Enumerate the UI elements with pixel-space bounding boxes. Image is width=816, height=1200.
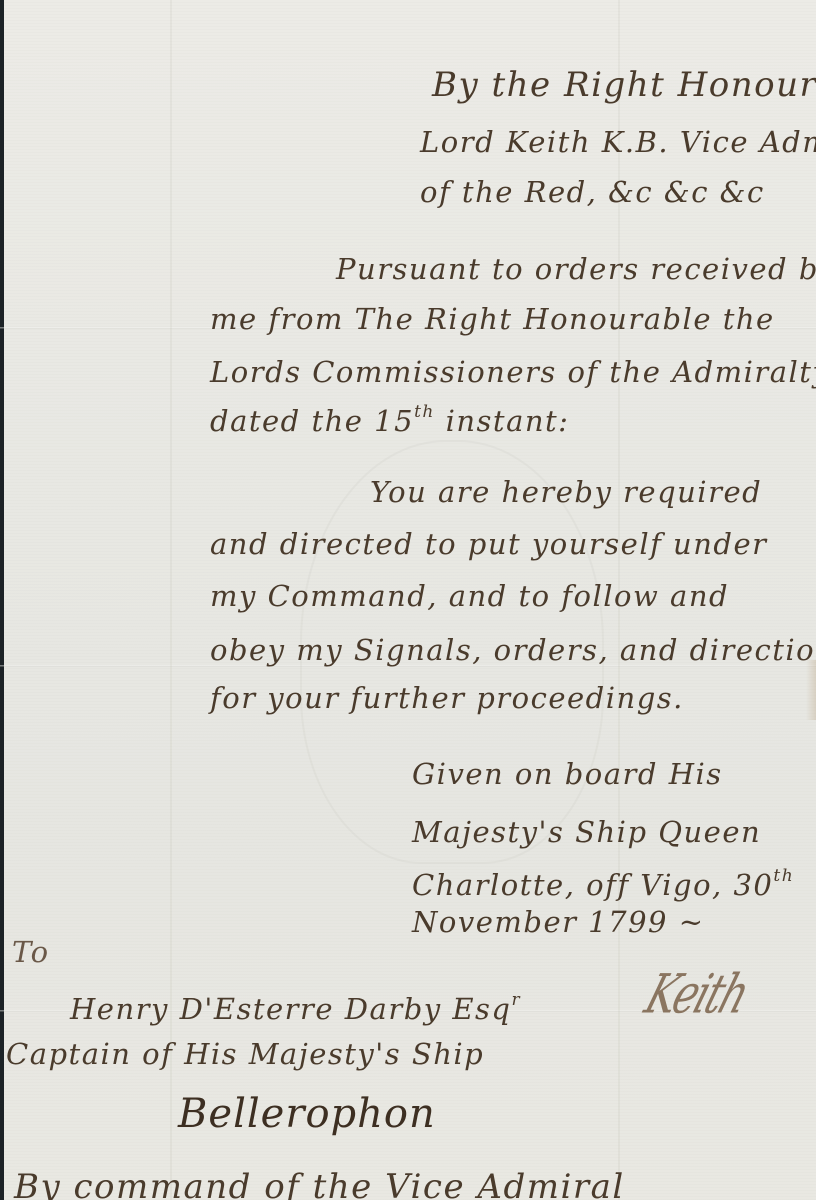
paragraph2-line-4: obey my Signals, orders, and directions xyxy=(210,636,816,665)
signature-keith: Keith xyxy=(638,964,755,1026)
footer-line-1: By command of the Vice Admiral xyxy=(14,1170,625,1200)
heading-line-2: Lord Keith K.B. Vice Admiral xyxy=(420,128,816,157)
paragraph1-line-4: dated the 15th instant: xyxy=(210,404,569,436)
given-line-1: Given on board His xyxy=(412,760,723,789)
paragraph2-line-3: my Command, and to follow and xyxy=(210,582,729,611)
paragraph2-line-1: You are hereby required xyxy=(370,478,762,507)
esquire-suffix: r xyxy=(511,990,521,1010)
address-name: Henry D'Esterre Darby Esqr xyxy=(70,992,521,1024)
heading-line-3: of the Red, &c &c &c xyxy=(420,178,765,207)
scan-left-edge xyxy=(0,0,4,1200)
paragraph2-line-5: for your further proceedings. xyxy=(210,684,684,713)
address-title: Captain of His Majesty's Ship xyxy=(6,1040,484,1069)
date-instant: instant: xyxy=(435,404,570,438)
paragraph1-line-2: me from The Right Honourable the xyxy=(210,305,775,334)
paragraph1-line-3: Lords Commissioners of the Admiralty xyxy=(210,358,816,387)
recipient-name: Henry D'Esterre Darby Esq xyxy=(70,992,511,1026)
given-line-2: Majesty's Ship Queen xyxy=(412,818,761,847)
given-line-3: Charlotte, off Vigo, 30th xyxy=(412,868,794,900)
address-to: To xyxy=(12,938,50,967)
date-day: dated the 15 xyxy=(210,404,414,438)
paper-stain xyxy=(806,660,816,720)
given-line-4: November 1799 ~ xyxy=(412,908,705,937)
paragraph1-line-1: Pursuant to orders received by xyxy=(336,255,816,284)
heading-line-1: By the Right Honourable xyxy=(432,68,816,102)
paragraph2-line-2: and directed to put yourself under xyxy=(210,530,768,559)
address-ship-name: Bellerophon xyxy=(178,1094,436,1134)
given-location: Charlotte, off Vigo, 30 xyxy=(412,868,773,902)
ordinal-suffix: th xyxy=(773,866,794,886)
document-page: By the Right Honourable Lord Keith K.B. … xyxy=(0,0,816,1200)
ordinal-suffix: th xyxy=(414,402,435,422)
